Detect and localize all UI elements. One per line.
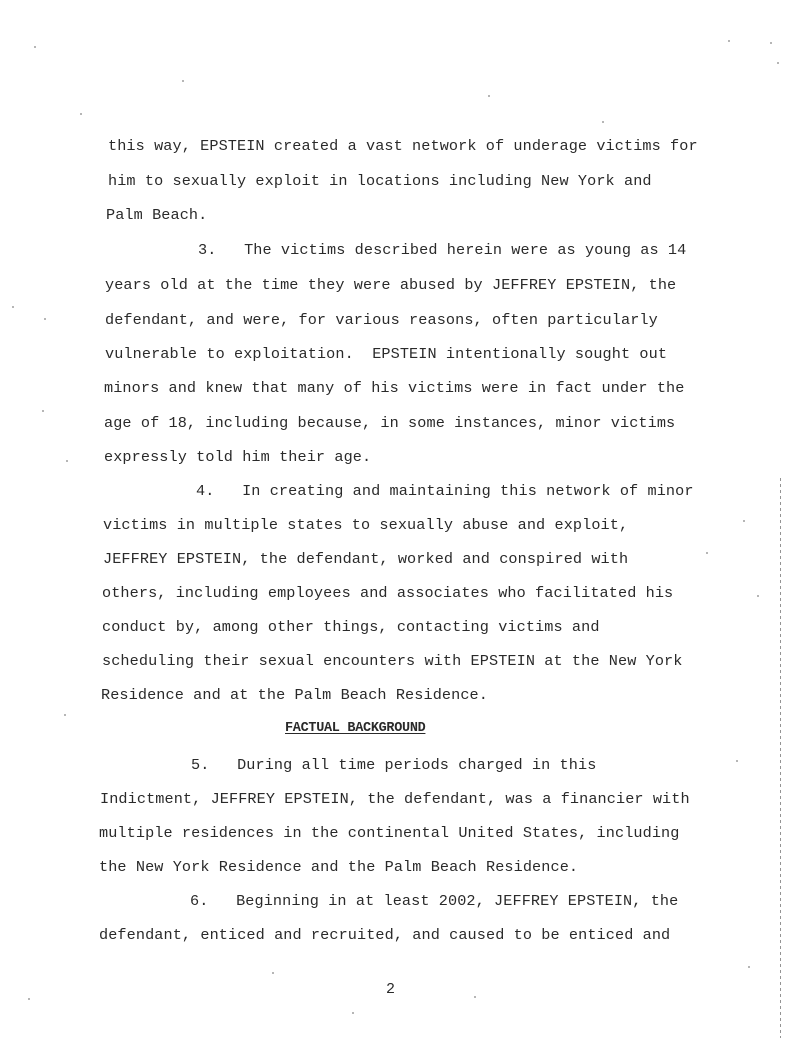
paragraph-4-first-line: 4. In creating and maintaining this netw…: [196, 481, 694, 501]
document-page: this way, EPSTEIN created a vast network…: [0, 0, 812, 1058]
scan-speck: [44, 318, 46, 320]
paragraph-5-first-line: 5. During all time periods charged in th…: [191, 755, 596, 775]
body-line: expressly told him their age.: [104, 447, 371, 467]
scan-speck: [706, 552, 708, 554]
scan-edge-artifact: [780, 478, 781, 1038]
scan-speck: [748, 966, 750, 968]
scan-speck: [34, 46, 36, 48]
scan-speck: [182, 80, 184, 82]
body-line: scheduling their sexual encounters with …: [102, 651, 682, 671]
scan-speck: [743, 520, 745, 522]
scan-speck: [12, 306, 14, 308]
body-line: multiple residences in the continental U…: [99, 823, 679, 843]
body-line: JEFFREY EPSTEIN, the defendant, worked a…: [103, 549, 628, 569]
scan-speck: [488, 95, 490, 97]
page-number: 2: [386, 981, 395, 999]
scan-speck: [80, 113, 82, 115]
scan-speck: [474, 996, 476, 998]
body-line: years old at the time they were abused b…: [105, 275, 676, 295]
scan-speck: [777, 62, 779, 64]
scan-speck: [42, 410, 44, 412]
body-line: age of 18, including because, in some in…: [104, 413, 675, 433]
body-line: him to sexually exploit in locations inc…: [108, 171, 652, 191]
body-line: the New York Residence and the Palm Beac…: [99, 857, 578, 877]
section-heading: FACTUAL BACKGROUND: [285, 720, 425, 738]
body-line: Palm Beach.: [106, 205, 207, 225]
scan-speck: [602, 121, 604, 123]
scan-speck: [28, 998, 30, 1000]
body-line: others, including employees and associat…: [102, 583, 673, 603]
scan-speck: [770, 42, 772, 44]
scan-speck: [66, 460, 68, 462]
scan-speck: [352, 1012, 354, 1014]
body-line: vulnerable to exploitation. EPSTEIN inte…: [105, 344, 667, 364]
scan-speck: [728, 40, 730, 42]
body-line: defendant, enticed and recruited, and ca…: [99, 925, 670, 945]
body-line: victims in multiple states to sexually a…: [103, 515, 628, 535]
scan-speck: [272, 972, 274, 974]
body-line: this way, EPSTEIN created a vast network…: [108, 136, 698, 156]
paragraph-3-first-line: 3. The victims described herein were as …: [198, 240, 686, 260]
body-line: conduct by, among other things, contacti…: [102, 617, 600, 637]
body-line: defendant, and were, for various reasons…: [105, 310, 658, 330]
scan-speck: [757, 595, 759, 597]
scan-speck: [64, 714, 66, 716]
body-line: Indictment, JEFFREY EPSTEIN, the defenda…: [100, 789, 690, 809]
scan-speck: [736, 760, 738, 762]
body-line: minors and knew that many of his victims…: [104, 378, 684, 398]
body-line: Residence and at the Palm Beach Residenc…: [101, 685, 488, 705]
paragraph-6-first-line: 6. Beginning in at least 2002, JEFFREY E…: [190, 891, 678, 911]
